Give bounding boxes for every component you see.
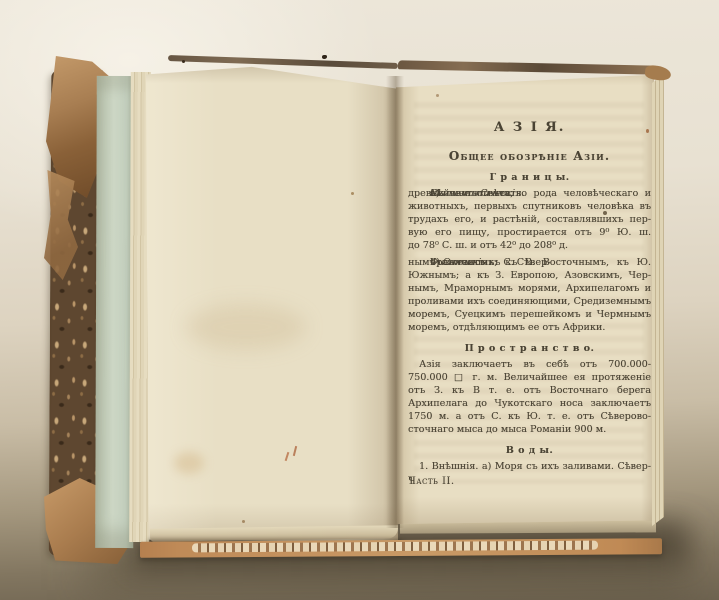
text-line: 750.000 □ г. м. Величайшее ея протяженіе xyxy=(408,371,651,384)
text-line: 1750 м. а отъ С. къ Ю. т. е. отъ Сѣверов… xyxy=(408,410,651,423)
text-line: проливами ихъ соединяющими, Средиземнымъ xyxy=(408,295,651,308)
paper-speck xyxy=(242,520,245,523)
left-page-blank xyxy=(146,64,398,542)
page-stain xyxy=(186,304,306,350)
text-line: моремъ, отдѣляющимъ ее отъ Африки. xyxy=(408,321,651,334)
gutter-shadow xyxy=(386,76,404,528)
paragraph-mathematical: а) Математическія. Сія часть Свѣта,древн… xyxy=(408,187,651,252)
right-page-edge-stack xyxy=(652,74,664,526)
text-line: сточнаго мыса до мыса Романіи 900 м. xyxy=(408,423,651,436)
text-line: Азія заключаетъ въ себѣ отъ 700.000- xyxy=(408,358,651,371)
photo-backdrop: А З І Я. Общее обозрѣніе Азіи. Г р а н и… xyxy=(0,0,719,600)
paragraph-extent: Азія заключаетъ въ себѣ отъ 700.000-750.… xyxy=(408,358,651,436)
text-line: моремъ, Суецкимъ перешейкомъ и Чермнымъ xyxy=(408,308,651,321)
text-line: Архипелага до Чукотскаго носа заключаетъ xyxy=(408,397,651,410)
paper-speck xyxy=(351,192,354,195)
text-line: вую его пищу, простирается отъ 9⁰ Ю. ш. xyxy=(408,226,651,239)
paragraph-physical: b) Физическія. Граничитъ къ С. Сѣвер-ным… xyxy=(408,256,651,334)
debris-speck xyxy=(322,55,327,59)
text-line: трудахъ его, и растѣній, составлявшихъ п… xyxy=(408,213,651,226)
text-line: животныхъ, первыхъ спутниковъ человѣка в… xyxy=(408,200,651,213)
text-line: Южнымъ; а къ З. Европою, Азовскимъ, Чер- xyxy=(408,269,651,282)
ink-mark xyxy=(293,446,297,456)
section-heading-space: П р о с т р а н с т в о. xyxy=(408,343,651,354)
book-top-worn-edge-left xyxy=(168,55,398,69)
section-heading-borders: Г р а н и ц ы. xyxy=(408,172,651,183)
text-line: отъ З. къ В т. е. отъ Восточнаго берега xyxy=(408,384,651,397)
page-subtitle: Общее обозрѣніе Азіи. xyxy=(408,149,651,163)
debris-speck xyxy=(182,60,185,63)
paper-speck xyxy=(436,94,439,97)
signature-number: 1 xyxy=(408,476,456,487)
page-text-column: А З І Я. Общее обозрѣніе Азіи. Г р а н и… xyxy=(408,112,651,476)
page-stain xyxy=(174,452,204,474)
text-line: нымъ, Мраморнымъ морями, Архипелагомъ и xyxy=(408,282,651,295)
section-heading-waters: В о д ы. xyxy=(408,445,651,456)
paragraph-waters: 1. Внѣшнія. а) Моря съ ихъ заливами. Сѣв… xyxy=(408,460,651,473)
text-line: 1. Внѣшнія. а) Моря съ ихъ заливами. Сѣв… xyxy=(408,460,651,473)
ink-mark xyxy=(285,452,290,461)
page-title: А З І Я. xyxy=(408,120,651,135)
book-top-worn-edge-right xyxy=(398,60,660,74)
text-line: до 78⁰ С. ш. и отъ 42⁰ до 208⁰ д. xyxy=(408,239,651,252)
